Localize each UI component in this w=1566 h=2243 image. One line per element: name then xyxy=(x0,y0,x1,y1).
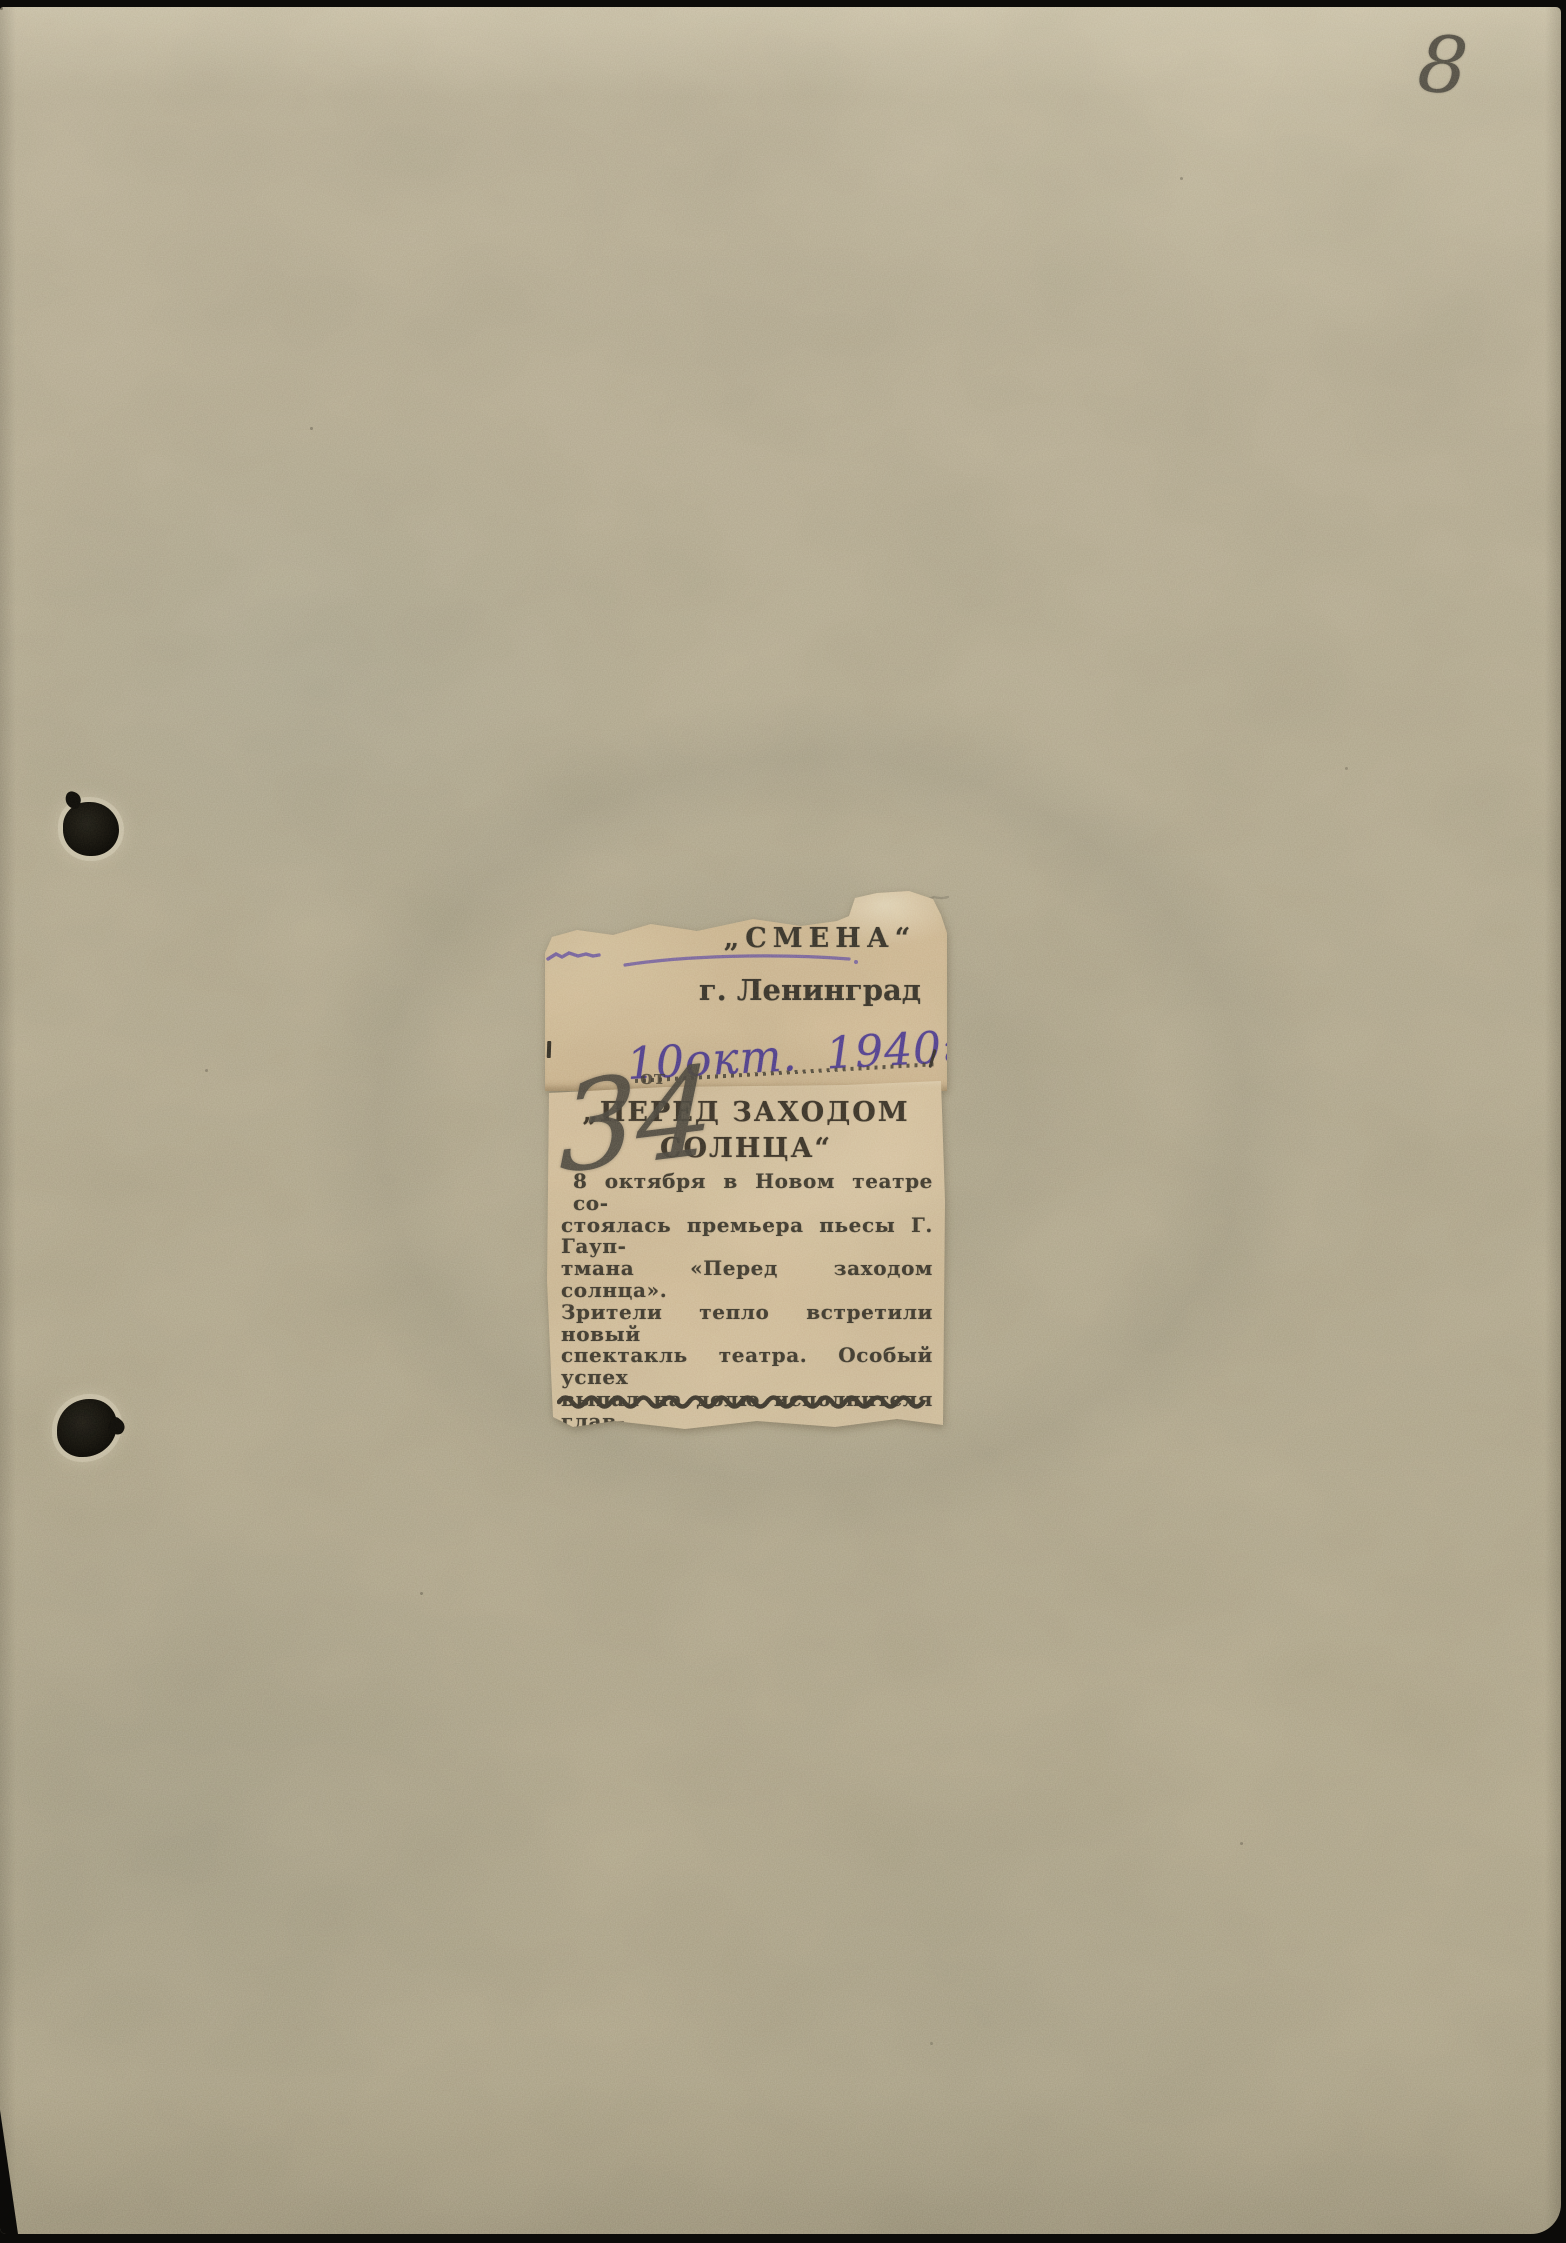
violet-ink-stroke xyxy=(623,951,859,971)
dust-specks xyxy=(0,7,3,10)
article-body-line: искусств Б. Сушкевича (он же xyxy=(561,1476,933,1520)
newspaper-masthead: „СМЕНА“ xyxy=(675,923,965,954)
violet-ink-scribble xyxy=(547,947,607,967)
article-body-line: стоялась премьера пьесы Г. Гауп- xyxy=(561,1215,933,1259)
article-body: 8 октября в Новом театре со- стоялась пр… xyxy=(561,1171,933,1542)
handwritten-page-number: 8 xyxy=(1415,19,1471,112)
scan-corner-shadow xyxy=(0,2110,18,2234)
newspaper-clipping: „СМЕНА“ г. Ленинград 10окт. 1940г. от „П… xyxy=(545,891,947,1431)
archival-scan: 8 „СМЕНА“ г. Ленинград 10окт. 1940г. xyxy=(0,0,1566,2243)
article-body-line: тмана «Перед заходом солнца». xyxy=(561,1258,933,1302)
punch-hole xyxy=(63,802,119,856)
article-body-line: Зрители тепло встретили новый xyxy=(561,1302,933,1346)
article-body-line: спектакль театра. Особый успех xyxy=(561,1345,933,1389)
article-body-line: постановщик спектакля). xyxy=(561,1520,933,1542)
punch-hole xyxy=(57,1399,117,1457)
printed-ink-mark xyxy=(547,1041,552,1058)
album-page: 8 „СМЕНА“ г. Ленинград 10окт. 1940г. xyxy=(0,7,1561,2234)
article-body-line: ной роли заслуженного деятеля xyxy=(561,1433,933,1477)
wavy-end-rule xyxy=(557,1393,931,1409)
handwritten-archive-number: 34 xyxy=(559,1049,715,1191)
newspaper-city: г. Ленинград xyxy=(665,973,955,1007)
